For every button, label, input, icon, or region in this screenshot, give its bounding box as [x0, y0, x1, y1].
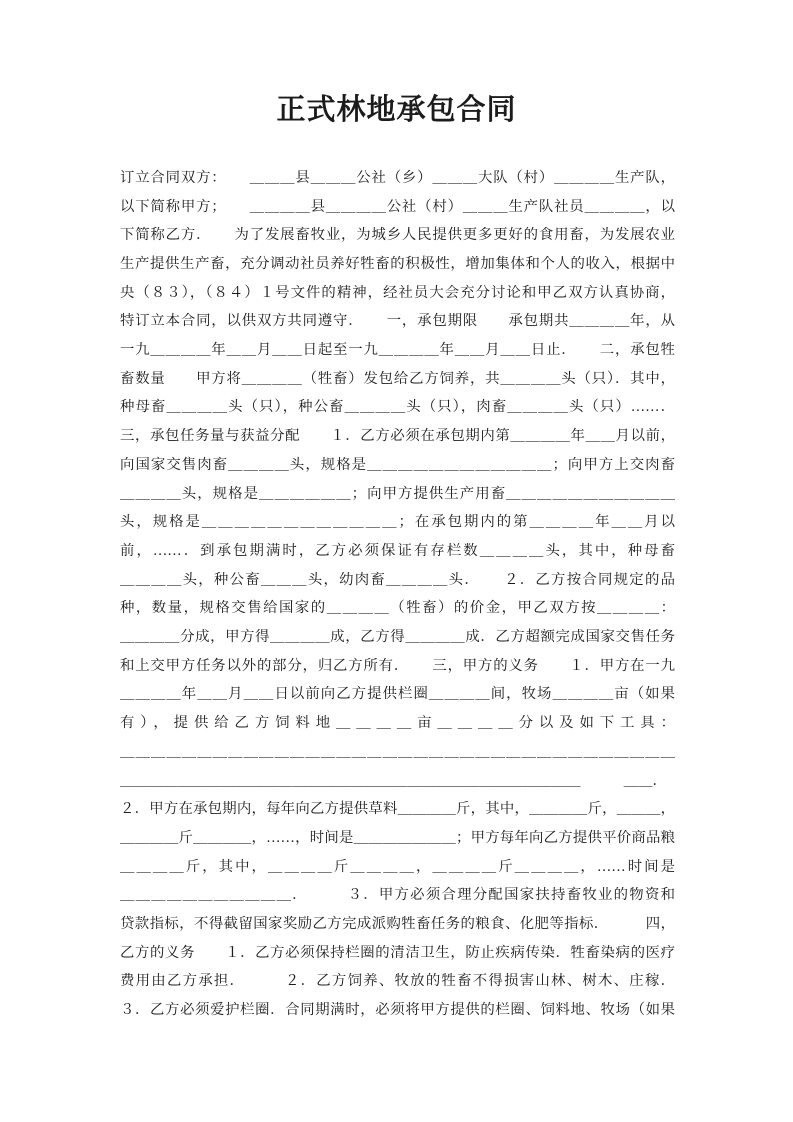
contract-line: 种母畜＿＿＿＿头（只），种公畜＿＿＿＿头（只），肉畜＿＿＿＿头（只）……． — [120, 393, 675, 422]
contract-line: ＿＿＿＿年＿＿月＿＿日以前向乙方提供栏圈＿＿＿＿间，牧场＿＿＿＿亩（如果 — [120, 680, 675, 709]
page-title: 正式林地承包合同 — [0, 0, 793, 128]
contract-line: ＿＿＿＿头，种公畜＿＿＿头，幼肉畜＿＿＿＿头． ２．乙方按合同规定的品 — [120, 566, 675, 595]
contract-line: 订立合同双方： ＿＿＿县＿＿＿公社（乡）＿＿＿大队（村）＿＿＿＿生产队， — [120, 164, 675, 193]
contract-line: 有），提供给乙方饲料地＿＿＿＿亩＿＿＿＿分以及如下工具： — [120, 709, 675, 738]
contract-line: 种，数量，规格交售给国家的＿＿＿＿（牲畜）的价金，甲乙双方按＿＿＿＿： — [120, 594, 675, 623]
contract-line: 头，规格是＿＿＿＿＿＿＿＿＿＿＿＿；在承包期内的第＿＿＿＿年＿＿月以 — [120, 508, 675, 537]
contract-line: ＿＿＿＿＿＿＿＿＿＿＿． ３．甲方必须合理分配国家扶持畜牧业的物资和 — [120, 881, 675, 910]
contract-line: 乙方的义务 １．乙方必须保持栏圈的清洁卫生，防止疾病传染．牲畜染病的医疗 — [120, 939, 675, 968]
document-page: 正式林地承包合同 订立合同双方： ＿＿＿县＿＿＿公社（乡）＿＿＿大队（村）＿＿＿… — [0, 0, 793, 1122]
contract-line: ＿＿＿＿＿＿＿＿＿＿＿＿＿＿＿＿＿＿＿＿＿＿＿＿＿＿＿＿＿＿＿＿＿＿＿＿ — [120, 738, 675, 767]
contract-line: 生产提供生产畜，充分调动社员养好牲畜的积极性，增加集体和个人的收入，根据中 — [120, 250, 675, 279]
contract-line: 特订立本合同，以供双方共同遵守． 一，承包期限 承包期共＿＿＿＿年，从 — [120, 307, 675, 336]
contract-line: 畜数量 甲方将＿＿＿＿（牲畜）发包给乙方饲养，共＿＿＿＿头（只）．其中， — [120, 365, 675, 394]
contract-line: ＿＿＿＿斤＿＿＿＿，……，时间是＿＿＿＿＿＿＿；甲方每年向乙方提供平价商品粮 — [120, 824, 675, 853]
contract-line: 以下简称甲方； ＿＿＿＿县＿＿＿＿公社（村）＿＿＿生产队社员＿＿＿＿，以 — [120, 193, 675, 222]
contract-line: 一九＿＿＿＿年＿＿月＿＿日起至一九＿＿＿＿年＿＿月＿＿日止． 二，承包牲 — [120, 336, 675, 365]
contract-line: 三，承包任务量与获益分配 １．乙方必须在承包期内第＿＿＿＿年＿＿月以前， — [120, 422, 675, 451]
contract-line: 和上交甲方任务以外的部分，归乙方所有． 三，甲方的义务 １．甲方在一九 — [120, 652, 675, 681]
contract-line: 下简称乙方． 为了发展畜牧业，为城乡人民提供更多更好的食用畜，为发展农业 — [120, 221, 675, 250]
contract-line: ３．乙方必须爱护栏圈．合同期满时，必须将甲方提供的栏圈、饲料地、牧场（如果 — [120, 996, 675, 1025]
contract-line: ＿＿＿＿＿＿＿＿＿＿＿＿＿＿＿＿＿＿＿＿＿＿＿＿＿＿＿＿＿＿＿＿ ＿＿． — [120, 767, 675, 796]
contract-line: ＿＿＿＿斤，其中，＿＿＿＿斤＿＿＿＿，＿＿＿＿斤＿＿＿＿，……时间是 — [120, 853, 675, 882]
contract-line: ＿＿＿＿分成，甲方得＿＿＿＿成，乙方得＿＿＿＿成．乙方超额完成国家交售任务 — [120, 623, 675, 652]
contract-line: 贷款指标，不得截留国家奖励乙方完成派购牲畜任务的粮食、化肥等指标． 四， — [120, 910, 675, 939]
contract-body: 订立合同双方： ＿＿＿县＿＿＿公社（乡）＿＿＿大队（村）＿＿＿＿生产队，以下简称… — [120, 164, 675, 1025]
contract-line: 向国家交售肉畜＿＿＿＿头，规格是＿＿＿＿＿＿＿＿＿＿＿＿；向甲方上交肉畜 — [120, 451, 675, 480]
contract-line: ２．甲方在承包期内，每年向乙方提供草料＿＿＿＿斤，其中，＿＿＿＿斤，＿＿＿， — [120, 795, 675, 824]
contract-line: 央（８３），（８４）１号文件的精神，经社员大会充分讨论和甲乙双方认真协商， — [120, 279, 675, 308]
contract-line: 费用由乙方承担． ２．乙方饲养、牧放的牲畜不得损害山林、树木、庄稼． — [120, 967, 675, 996]
contract-line: ＿＿＿＿头，规格是＿＿＿＿＿＿；向甲方提供生产用畜＿＿＿＿＿＿＿＿＿＿＿ — [120, 480, 675, 509]
contract-line: 前，……．到承包期满时，乙方必须保证有存栏数＿＿＿＿头，其中，种母畜 — [120, 537, 675, 566]
